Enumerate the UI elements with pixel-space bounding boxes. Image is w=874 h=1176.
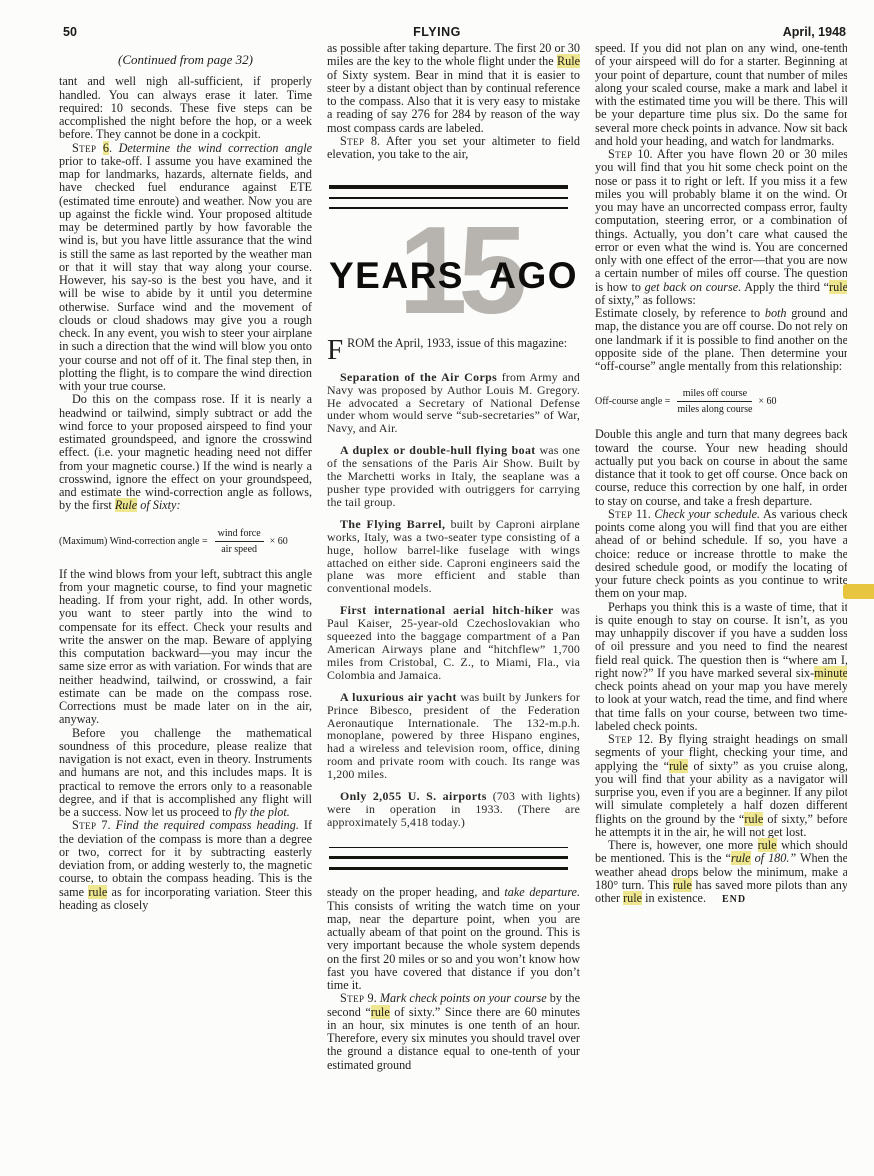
text-segment: This consists of writing the watch time … [327,899,580,993]
highlighted-text: rule [669,759,688,773]
text-segment: Find the required compass heading. [116,818,299,832]
paragraph: The Flying Barrel, built by Caproni airp… [327,518,580,595]
paragraph: Step 10. After you have flown 20 or 30 m… [595,148,847,307]
yellow-highlighter-edge-mark [843,584,874,599]
highlighted-text: rule [731,851,751,865]
text-segment: Step [340,991,364,1005]
article-subtitle: (Continued from page 32) [59,53,312,66]
paragraph: speed. If you did not plan on any wind, … [595,42,847,148]
text-segment: of Sixty system. Bear in mind that it is… [327,68,580,135]
text-segment: was built by Junkers for Prince Bibesco,… [327,690,580,781]
highlighted-text: rule [829,280,847,294]
text-segment: tant and well nigh all-sufficient, if pr… [59,74,312,141]
paragraph: Step 9. Mark check points on your course… [327,992,580,1072]
text-segment: speed. If you did not plan on any wind, … [595,42,847,148]
formula-fraction: miles off coursemiles along course [677,388,752,415]
formula-denominator: miles along course [677,402,752,415]
paragraph: steady on the proper heading, and take d… [327,886,580,992]
paragraph: Step 8. After you set your altimeter to … [327,135,580,162]
highlighted-text: minute [814,666,847,680]
text-segment: Estimate closely, by reference to [595,306,765,320]
highlighted-text: rule [623,891,642,905]
text-segment: 11. [632,507,654,521]
drop-cap-letter: F [327,337,347,362]
highlighted-text: rule [744,812,763,826]
text-segment: If the wind blows from your left, subtra… [59,567,312,727]
text-segment: both [765,306,787,320]
paragraph: Estimate closely, by reference to both g… [595,307,847,373]
text-segment: take departure. [504,885,580,899]
paragraph: tant and well nigh all-sufficient, if pr… [59,75,312,141]
text-segment: Step [608,147,632,161]
text-segment: Step [608,732,632,746]
paragraph: Before you challenge the mathematical so… [59,727,312,820]
text-segment: Step [72,818,96,832]
highlighted-text: rule [88,885,107,899]
highlighted-text: rule [371,1005,390,1019]
text-segment: prior to take-off. I assume you have exa… [59,154,312,393]
paragraph: A luxurious air yacht was built by Junke… [327,691,580,781]
text-segment: Check your schedule. [654,507,760,521]
paragraph: Step 12. By flying straight headings on … [595,733,847,839]
text-segment: 8. After you set your altimeter to field… [327,134,580,161]
divider-rules [329,847,568,871]
text-segment: of sixty,” as follows: [595,293,696,307]
formula: Off-course angle =miles off coursemiles … [595,388,847,415]
formula-numerator: wind force [215,528,264,542]
divider-line [329,856,568,859]
text-segment: Double this angle and turn that many deg… [595,427,847,507]
paragraph: Step 7. Find the required compass headin… [59,819,312,912]
drop-cap-paragraph: FROM the April, 1933, issue of this maga… [327,337,580,362]
years-ago-word: AGO [489,257,578,294]
formula-denominator: air speed [215,542,264,555]
paragraph: Only 2,055 U. S. airports (703 with ligh… [327,790,580,829]
text-segment: fly the plot. [235,805,290,819]
paragraph: A duplex or double-hull flying boat was … [327,444,580,509]
highlighted-text: Rule [557,54,580,68]
text-segment: Step [608,507,632,521]
text-segment: 7. [96,818,115,832]
text-segment: There is, however, one more [608,838,758,852]
text-segment [96,141,103,155]
text-segment: Mark check points on your course [380,991,547,1005]
highlighted-text: Rule [115,498,137,512]
text-segment: As various check points come along you w… [595,507,847,601]
text-segment: A luxurious air yacht [340,690,457,704]
page-header: 50 FLYING April, 1948 [0,25,874,41]
years-ago-word: YEARS [329,257,464,294]
formula-multiplier: × 60 [270,536,288,547]
column-left: (Continued from page 32) tant and well n… [59,42,312,1146]
article-columns: (Continued from page 32) tant and well n… [59,42,847,1146]
text-segment: Step [72,141,96,155]
paragraph: Separation of the Air Corps from Army an… [327,371,580,436]
paragraph: Step 11. Check your schedule. As various… [595,508,847,601]
formula-fraction: wind forceair speed [215,528,264,555]
years-ago-headline: 15YEARSAGO [327,223,580,323]
divider-line [329,197,568,200]
text-segment: check points ahead on your map you have … [595,679,847,733]
paragraph: There is, however, one more rule which s… [595,839,847,906]
formula-label: (Maximum) Wind-correction angle = [59,536,208,547]
magazine-page: 50 FLYING April, 1948 (Continued from pa… [0,0,874,1176]
text-segment: The Flying Barrel, [340,517,445,531]
text-segment: END [722,894,746,905]
paragraph: as possible after taking departure. The … [327,42,580,135]
text-segment: Only 2,055 U. S. airports [340,789,487,803]
formula-label: Off-course angle = [595,396,670,407]
highlighted-text: rule [758,838,777,852]
text-segment: 10. After you have flown 20 or 30 miles … [595,147,847,294]
paragraph: If the wind blows from your left, subtra… [59,568,312,727]
divider-line [329,185,568,189]
paragraph: Step 6. Determine the wind correction an… [59,142,312,394]
text-segment: A duplex or double-hull flying boat [340,443,536,457]
paragraph: First international aerial hitch-hiker w… [327,604,580,681]
formula-multiplier: × 60 [758,396,776,407]
text-segment: steady on the proper heading, and [327,885,504,899]
text-segment: in existence. [642,891,706,905]
text-segment: Determine the wind correction angle [119,141,312,155]
magazine-title: FLYING [0,25,874,39]
formula: (Maximum) Wind-correction angle =wind fo… [59,528,312,555]
formula-numerator: miles off course [677,388,752,402]
text-segment: as possible after taking departure. The … [327,42,580,68]
highlighted-text: rule [673,878,692,892]
divider-line [329,867,568,871]
text-segment: Separation of the Air Corps [340,370,497,384]
text-segment: Do this on the compass rose. If it is ne… [59,392,312,512]
divider-line [329,847,568,849]
text-segment: of Sixty: [137,498,180,512]
text-segment: 9. [364,991,379,1005]
column-middle: as possible after taking departure. The … [327,42,580,1146]
text-segment: Step [340,134,364,148]
text-segment: of 180.” [751,851,797,865]
years-ago-words: YEARSAGO [329,257,578,294]
text-segment: . [109,141,119,155]
paragraph: Do this on the compass rose. If it is ne… [59,393,312,512]
issue-date: April, 1948 [783,25,846,39]
text-segment: Apply the third “ [741,280,829,294]
text-segment: get back on course. [645,280,742,294]
column-left-body: tant and well nigh all-sufficient, if pr… [59,75,312,912]
paragraph: Perhaps you think this is a waste of tim… [595,601,847,734]
text-segment: First international aerial hitch-hiker [340,603,554,617]
paragraph: Double this angle and turn that many deg… [595,428,847,508]
text-segment: Perhaps you think this is a waste of tim… [595,600,847,680]
column-right: speed. If you did not plan on any wind, … [595,42,847,1146]
